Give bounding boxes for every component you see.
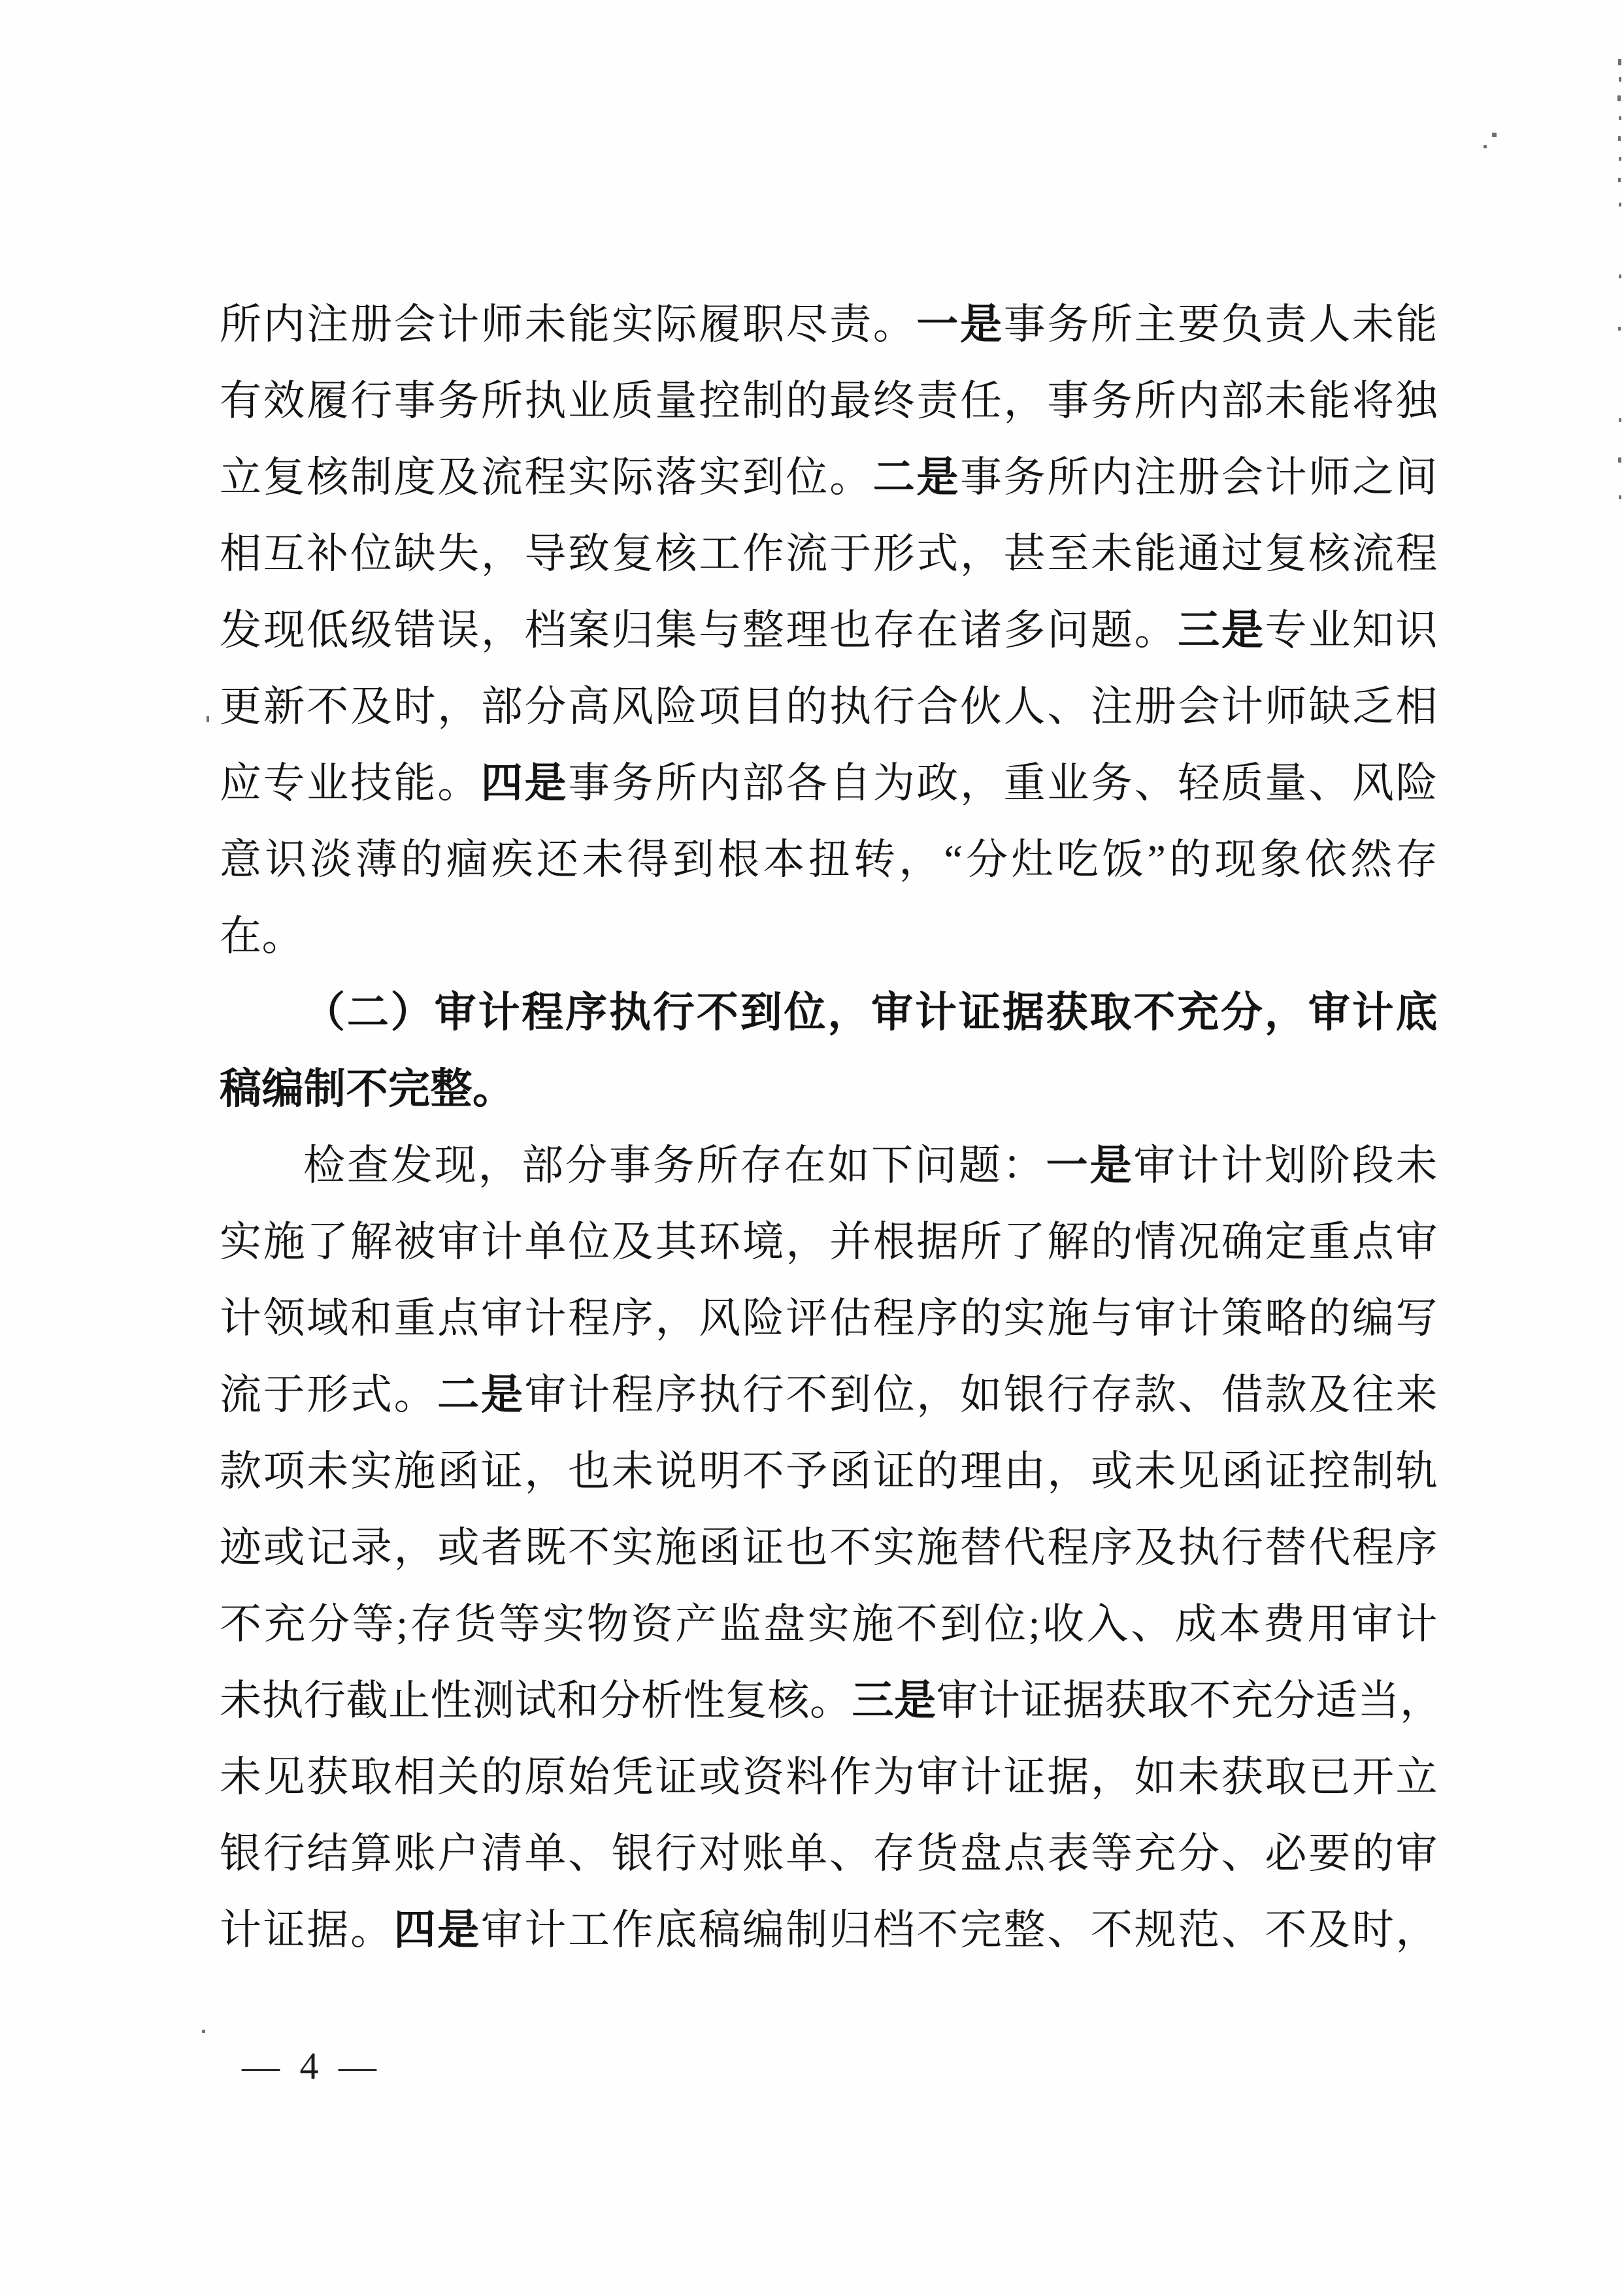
body-text: 流于形式。 bbox=[220, 1372, 437, 1418]
page-number: — 4 — bbox=[242, 2040, 382, 2092]
emphasis-text: 二是 bbox=[437, 1372, 524, 1418]
body-text: 在。 bbox=[220, 913, 304, 959]
text-line: 银行结算账户清单、银行对账单、存货盘点表等充分、必要的审 bbox=[220, 1815, 1438, 1892]
body-text: 计领域和重点审计程序，风险评估程序的实施与审计策略的编写 bbox=[220, 1295, 1438, 1342]
scan-artifact bbox=[1483, 145, 1487, 148]
scan-artifact bbox=[1618, 59, 1621, 65]
text-line: 意识淡薄的痼疾还未得到根本扭转，“分灶吃饭”的现象依然存 bbox=[220, 821, 1438, 898]
scan-artifact bbox=[1619, 495, 1621, 499]
text-line: 计证据。四是审计工作底稿编制归档不完整、不规范、不及时， bbox=[220, 1892, 1438, 1968]
text-line: 有效履行事务所执业质量控制的最终责任，事务所内部未能将独 bbox=[220, 363, 1438, 439]
emphasis-text: 二是 bbox=[873, 454, 960, 501]
body-text: 款项未实施函证，也未说明不予函证的理由，或未见函证控制轨 bbox=[220, 1448, 1438, 1494]
scan-artifact bbox=[1492, 133, 1497, 137]
scan-artifact bbox=[1619, 418, 1621, 422]
body-text: 更新不及时，部分高风险项目的执行合伙人、注册会计师缺乏相 bbox=[220, 684, 1438, 730]
body-text: 事务所主要负责人未能 bbox=[1004, 301, 1438, 348]
text-line: 发现低级错误，档案归集与整理也存在诸多问题。三是专业知识 bbox=[220, 592, 1438, 668]
text-line: 未见获取相关的原始凭证或资料作为审计证据，如未获取已开立 bbox=[220, 1739, 1438, 1815]
scan-artifact bbox=[1618, 136, 1621, 141]
body-text: 实施了解被审计单位及其环境，并根据所了解的情况确定重点审 bbox=[220, 1219, 1438, 1265]
emphasis-text: 稿编制不完整。 bbox=[220, 1066, 515, 1112]
body-text: 未执行截止性测试和分析性复核。 bbox=[220, 1677, 852, 1724]
text-line: 立复核制度及流程实际落实到位。二是事务所内注册会计师之间 bbox=[220, 439, 1438, 516]
body-text: 专业知识 bbox=[1265, 607, 1438, 653]
scan-artifact bbox=[1619, 274, 1621, 278]
body-text: 迹或记录，或者既不实施函证也不实施替代程序及执行替代程序 bbox=[220, 1525, 1438, 1571]
body-text: 不充分等;存货等实物资产监盘实施不到位;收入、成本费用审计 bbox=[220, 1601, 1438, 1647]
body-text: 立复核制度及流程实际落实到位。 bbox=[220, 454, 873, 501]
body-text: 有效履行事务所执业质量控制的最终责任，事务所内部未能将独 bbox=[220, 378, 1438, 424]
text-line: 稿编制不完整。 bbox=[220, 1051, 1438, 1127]
text-line: 未执行截止性测试和分析性复核。三是审计证据获取不充分适当， bbox=[220, 1662, 1438, 1739]
body-text: 审计计划阶段未 bbox=[1133, 1142, 1438, 1189]
text-line: （二）审计程序执行不到位，审计证据获取不充分，审计底 bbox=[220, 974, 1438, 1051]
scan-artifact bbox=[202, 2030, 205, 2033]
body-text: 应专业技能。 bbox=[220, 760, 481, 806]
body-text: 发现低级错误，档案归集与整理也存在诸多问题。 bbox=[220, 607, 1178, 653]
body-text: 银行结算账户清单、银行对账单、存货盘点表等充分、必要的审 bbox=[220, 1830, 1438, 1877]
text-line: 不充分等;存货等实物资产监盘实施不到位;收入、成本费用审计 bbox=[220, 1586, 1438, 1662]
text-line: 实施了解被审计单位及其环境，并根据所了解的情况确定重点审 bbox=[220, 1204, 1438, 1280]
emphasis-text: 四是 bbox=[481, 760, 568, 806]
text-line: 计领域和重点审计程序，风险评估程序的实施与审计策略的编写 bbox=[220, 1280, 1438, 1357]
scan-artifact bbox=[1617, 95, 1621, 101]
text-line: 所内注册会计师未能实际履职尽责。一是事务所主要负责人未能 bbox=[220, 286, 1438, 363]
scan-artifact bbox=[1619, 77, 1621, 82]
emphasis-text: 一是 bbox=[1046, 1142, 1134, 1189]
text-line: 相互补位缺失，导致复核工作流于形式，甚至未能通过复核流程 bbox=[220, 516, 1438, 592]
scan-artifact bbox=[1618, 327, 1621, 331]
text-line: 款项未实施函证，也未说明不予函证的理由，或未见函证控制轨 bbox=[220, 1433, 1438, 1509]
body-text: 检查发现，部分事务所存在如下问题： bbox=[303, 1142, 1046, 1189]
scan-artifact bbox=[1618, 457, 1621, 463]
document-body: 所内注册会计师未能实际履职尽责。一是事务所主要负责人未能有效履行事务所执业质量控… bbox=[220, 286, 1438, 1968]
emphasis-text: 三是 bbox=[852, 1677, 936, 1724]
body-text: 未见获取相关的原始凭证或资料作为审计证据，如未获取已开立 bbox=[220, 1754, 1438, 1800]
body-text: 意识淡薄的痼疾还未得到根本扭转，“分灶吃饭”的现象依然存 bbox=[220, 836, 1438, 883]
emphasis-text: 一是 bbox=[916, 301, 1003, 348]
body-text: 事务所内部各自为政，重业务、轻质量、风险 bbox=[568, 760, 1438, 806]
scan-artifact bbox=[207, 716, 209, 722]
text-line: 检查发现，部分事务所存在如下问题：一是审计计划阶段未 bbox=[220, 1127, 1438, 1204]
text-line: 在。 bbox=[220, 898, 1438, 974]
body-text: 所内注册会计师未能实际履职尽责。 bbox=[220, 301, 916, 348]
emphasis-text: （二）审计程序执行不到位，审计证据获取不充分，审计底 bbox=[303, 989, 1438, 1036]
emphasis-text: 四是 bbox=[394, 1907, 481, 1953]
body-text: 审计程序执行不到位，如银行存款、借款及往来 bbox=[525, 1372, 1438, 1418]
scan-artifact bbox=[1619, 116, 1621, 120]
body-text: 计证据。 bbox=[220, 1907, 394, 1953]
text-line: 迹或记录，或者既不实施函证也不实施替代程序及执行替代程序 bbox=[220, 1509, 1438, 1586]
body-text: 审计证据获取不充分适当， bbox=[936, 1677, 1442, 1724]
body-text: 审计工作底稿编制归档不完整、不规范、不及时， bbox=[481, 1907, 1438, 1953]
scan-artifact bbox=[1618, 178, 1621, 182]
body-text: 相互补位缺失，导致复核工作流于形式，甚至未能通过复核流程 bbox=[220, 531, 1438, 577]
body-text: 事务所内注册会计师之间 bbox=[960, 454, 1438, 501]
scan-artifact bbox=[1619, 203, 1621, 206]
emphasis-text: 三是 bbox=[1178, 607, 1265, 653]
text-line: 流于形式。二是审计程序执行不到位，如银行存款、借款及往来 bbox=[220, 1357, 1438, 1433]
text-line: 应专业技能。四是事务所内部各自为政，重业务、轻质量、风险 bbox=[220, 745, 1438, 821]
document-page: 所内注册会计师未能实际履职尽责。一是事务所主要负责人未能有效履行事务所执业质量控… bbox=[0, 0, 1624, 2293]
scan-artifact bbox=[1619, 157, 1621, 161]
text-line: 更新不及时，部分高风险项目的执行合伙人、注册会计师缺乏相 bbox=[220, 668, 1438, 745]
